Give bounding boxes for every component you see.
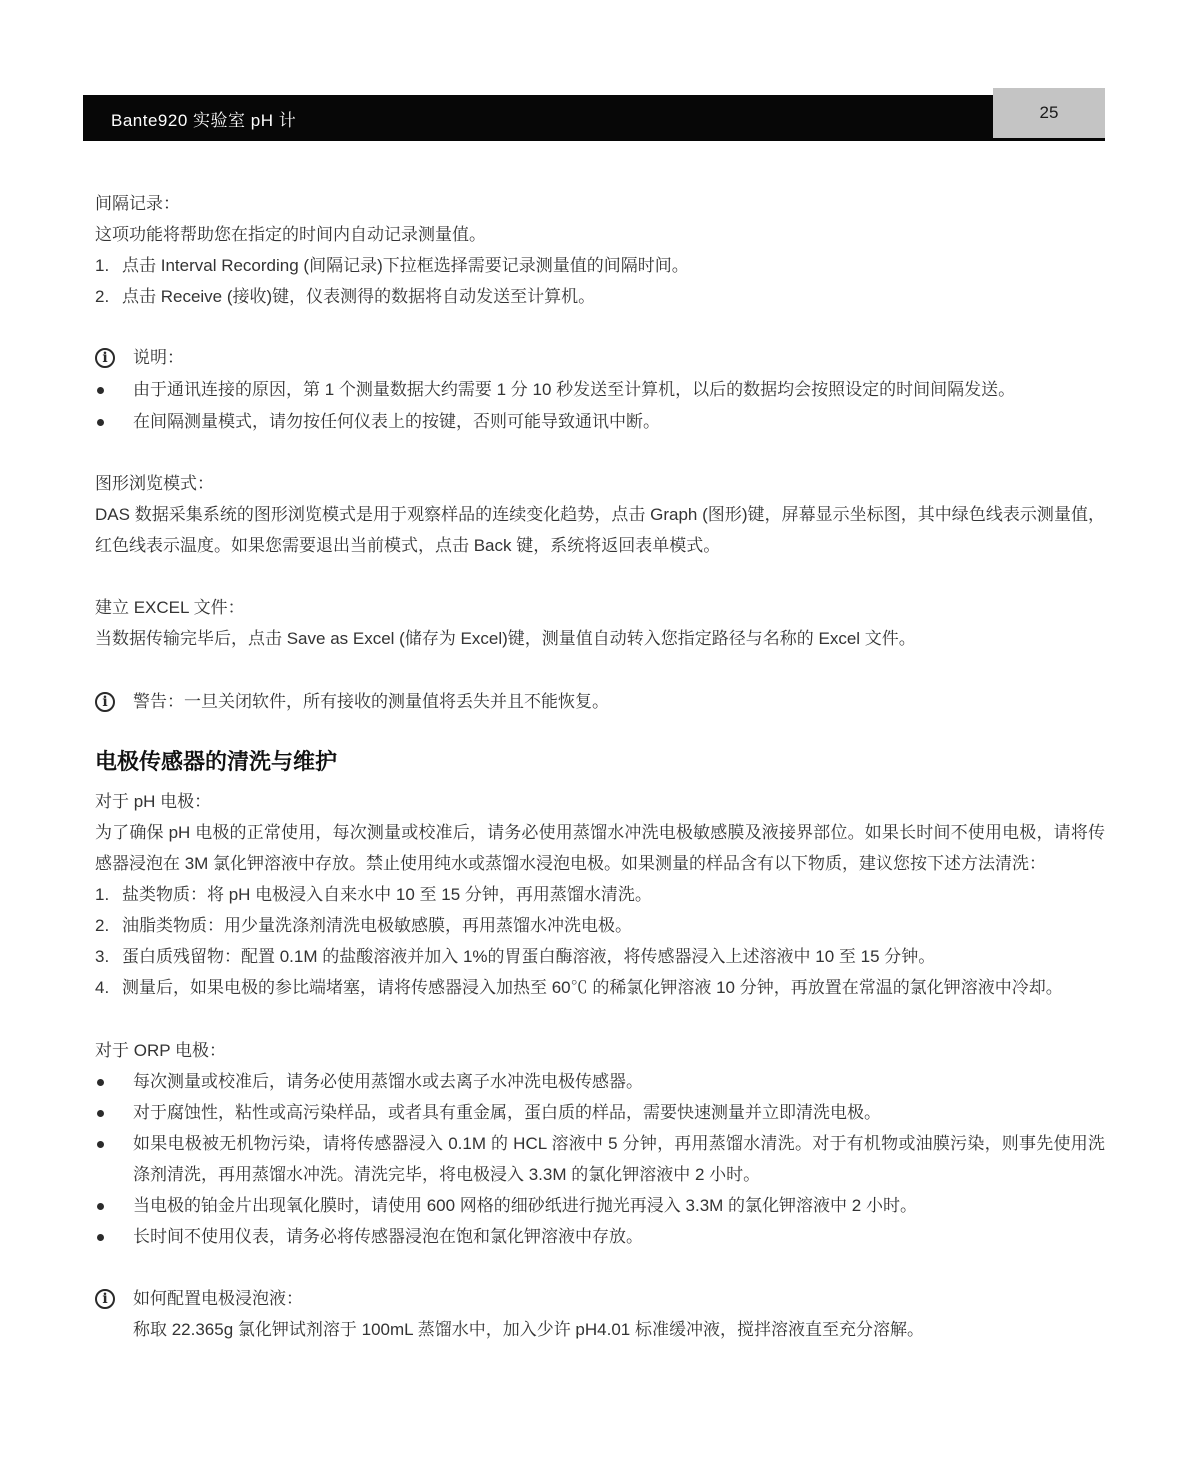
bullet-text: 对于腐蚀性，粘性或高污染样品，或者具有重金属，蛋白质的样品，需要快速测量并立即清… [133, 1097, 1105, 1128]
list-text: 点击 Receive (接收)键，仪表测得的数据将自动发送至计算机。 [122, 281, 1105, 312]
ph-step-1: 1. 盐类物质：将 pH 电极浸入自来水中 10 至 15 分钟，再用蒸馏水清洗… [95, 879, 1105, 910]
orp-bullet-4: 当电极的铂金片出现氧化膜时，请使用 600 网格的细砂纸进行抛光再浸入 3.3M… [95, 1190, 1105, 1221]
note-bullet-1: 由于通讯连接的原因，第 1 个测量数据大约需要 1 分 10 秒发送至计算机，以… [95, 374, 1105, 406]
bullet-text: 长时间不使用仪表，请务必将传感器浸泡在饱和氯化钾溶液中存放。 [133, 1221, 1105, 1252]
ph-step-4: 4. 测量后，如果电极的参比端堵塞，请将传感器浸入加热至 60℃ 的稀氯化钾溶液… [95, 972, 1105, 1003]
list-number: 2. [95, 281, 122, 312]
maintenance-heading: 电极传感器的清洗与维护 [95, 747, 1105, 777]
info-icon: i [95, 692, 115, 712]
orp-title: 对于 ORP 电极： [95, 1035, 1105, 1066]
warning-text: 警告：一旦关闭软件，所有接收的测量值将丢失并且不能恢复。 [133, 686, 1105, 717]
orp-bullet-5: 长时间不使用仪表，请务必将传感器浸泡在饱和氯化钾溶液中存放。 [95, 1221, 1105, 1252]
ph-step-2: 2. 油脂类物质：用少量洗涤剂清洗电极敏感膜，再用蒸馏水冲洗电极。 [95, 910, 1105, 941]
ph-step-3: 3. 蛋白质残留物：配置 0.1M 的盐酸溶液并加入 1%的胃蛋白酶溶液，将传感… [95, 941, 1105, 972]
list-number: 4. [95, 972, 122, 1003]
bullet-icon [97, 1110, 104, 1117]
list-text: 蛋白质残留物：配置 0.1M 的盐酸溶液并加入 1%的胃蛋白酶溶液，将传感器浸入… [122, 941, 1105, 972]
subsection-ph-electrode: 对于 pH 电极： 为了确保 pH 电极的正常使用，每次测量或校准后，请务必使用… [95, 786, 1105, 1003]
interval-intro: 这项功能将帮助您在指定的时间内自动记录测量值。 [95, 219, 1105, 250]
list-number: 2. [95, 910, 122, 941]
bullet-text: 在间隔测量模式，请勿按任何仪表上的按键，否则可能导致通讯中断。 [133, 406, 1105, 438]
bullet-text: 由于通讯连接的原因，第 1 个测量数据大约需要 1 分 10 秒发送至计算机，以… [133, 374, 1105, 406]
bullet-icon [97, 1141, 104, 1148]
warning-note: i 警告：一旦关闭软件，所有接收的测量值将丢失并且不能恢复。 [95, 686, 1105, 717]
list-text: 点击 Interval Recording (间隔记录)下拉框选择需要记录测量值… [122, 250, 1105, 281]
info-icon: i [95, 1289, 115, 1309]
interval-title: 间隔记录： [95, 188, 1105, 219]
page-number-badge: 25 [993, 88, 1105, 138]
bullet-text: 每次测量或校准后，请务必使用蒸馏水或去离子水冲洗电极传感器。 [133, 1066, 1105, 1097]
soaking-note-text: 称取 22.365g 氯化钾试剂溶于 100mL 蒸馏水中，加入少许 pH4.0… [133, 1314, 1105, 1345]
bullet-icon [97, 419, 104, 426]
note-interval: i 说明： 由于通讯连接的原因，第 1 个测量数据大约需要 1 分 10 秒发送… [95, 342, 1105, 438]
excel-body: 当数据传输完毕后，点击 Save as Excel (储存为 Excel)键，测… [95, 623, 1105, 654]
soaking-note-title: 如何配置电极浸泡液： [133, 1283, 1105, 1314]
manual-page: Bante920 实验室 pH 计 25 间隔记录： 这项功能将帮助您在指定的时… [0, 95, 1200, 1345]
list-text: 油脂类物质：用少量洗涤剂清洗电极敏感膜，再用蒸馏水冲洗电极。 [122, 910, 1105, 941]
page-content: 间隔记录： 这项功能将帮助您在指定的时间内自动记录测量值。 1. 点击 Inte… [0, 188, 1200, 1345]
orp-bullet-1: 每次测量或校准后，请务必使用蒸馏水或去离子水冲洗电极传感器。 [95, 1066, 1105, 1097]
list-number: 3. [95, 941, 122, 972]
interval-step-1: 1. 点击 Interval Recording (间隔记录)下拉框选择需要记录… [95, 250, 1105, 281]
document-title: Bante920 实验室 pH 计 [111, 106, 296, 131]
list-number: 1. [95, 879, 122, 910]
interval-step-2: 2. 点击 Receive (接收)键，仪表测得的数据将自动发送至计算机。 [95, 281, 1105, 312]
graph-body: DAS 数据采集系统的图形浏览模式是用于观察样品的连续变化趋势，点击 Graph… [95, 499, 1105, 561]
orp-bullet-3: 如果电极被无机物污染，请将传感器浸入 0.1M 的 HCL 溶液中 5 分钟，再… [95, 1128, 1105, 1190]
list-text: 盐类物质：将 pH 电极浸入自来水中 10 至 15 分钟，再用蒸馏水清洗。 [122, 879, 1105, 910]
list-text: 测量后，如果电极的参比端堵塞，请将传感器浸入加热至 60℃ 的稀氯化钾溶液 10… [122, 972, 1105, 1003]
note-header: i 说明： [95, 342, 1105, 374]
ph-title: 对于 pH 电极： [95, 786, 1105, 817]
bullet-icon [97, 1079, 104, 1086]
ph-body: 为了确保 pH 电极的正常使用，每次测量或校准后，请务必使用蒸馏水冲洗电极敏感膜… [95, 817, 1105, 879]
list-number: 1. [95, 250, 122, 281]
bullet-icon [97, 1203, 104, 1210]
section-interval-recording: 间隔记录： 这项功能将帮助您在指定的时间内自动记录测量值。 1. 点击 Inte… [95, 188, 1105, 312]
bullet-icon [97, 387, 104, 394]
bullet-text: 如果电极被无机物污染，请将传感器浸入 0.1M 的 HCL 溶液中 5 分钟，再… [133, 1128, 1105, 1190]
graph-title: 图形浏览模式： [95, 468, 1105, 499]
page-header: Bante920 实验室 pH 计 25 [83, 95, 1105, 141]
bullet-text: 当电极的铂金片出现氧化膜时，请使用 600 网格的细砂纸进行抛光再浸入 3.3M… [133, 1190, 1105, 1221]
note-label: 说明： [133, 342, 1105, 374]
excel-title: 建立 EXCEL 文件： [95, 592, 1105, 623]
bullet-icon [97, 1234, 104, 1241]
section-excel-file: 建立 EXCEL 文件： 当数据传输完毕后，点击 Save as Excel (… [95, 592, 1105, 654]
soaking-note: i 如何配置电极浸泡液： 称取 22.365g 氯化钾试剂溶于 100mL 蒸馏… [95, 1283, 1105, 1345]
orp-bullet-2: 对于腐蚀性，粘性或高污染样品，或者具有重金属，蛋白质的样品，需要快速测量并立即清… [95, 1097, 1105, 1128]
subsection-orp-electrode: 对于 ORP 电极： 每次测量或校准后，请务必使用蒸馏水或去离子水冲洗电极传感器… [95, 1035, 1105, 1252]
note-bullet-2: 在间隔测量模式，请勿按任何仪表上的按键，否则可能导致通讯中断。 [95, 406, 1105, 438]
page-number: 25 [1040, 103, 1059, 123]
info-icon: i [95, 348, 115, 368]
section-graph-mode: 图形浏览模式： DAS 数据采集系统的图形浏览模式是用于观察样品的连续变化趋势，… [95, 468, 1105, 561]
header-bar: Bante920 实验室 pH 计 [83, 95, 1105, 141]
soaking-note-body: 如何配置电极浸泡液： 称取 22.365g 氯化钾试剂溶于 100mL 蒸馏水中… [133, 1283, 1105, 1345]
